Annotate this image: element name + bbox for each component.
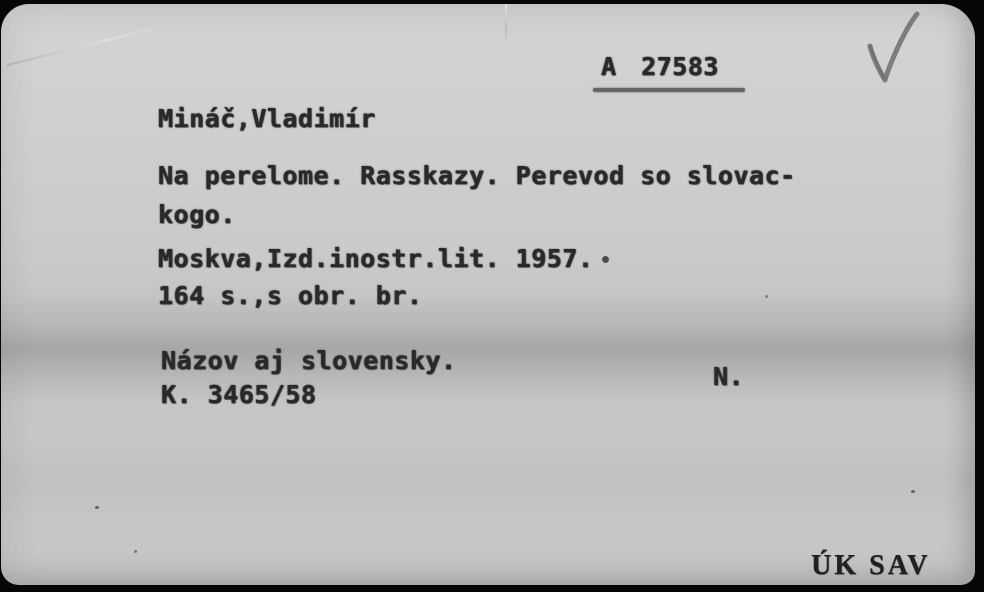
call-number: A 27583 (601, 53, 719, 81)
ink-speck (95, 506, 99, 509)
scan-fold-shadow-lower (1, 434, 975, 524)
catalog-card: A 27583 Mináč,Vladimír Na perelome. Rass… (1, 4, 975, 585)
author-line: Mináč,Vladimír (158, 105, 376, 133)
ink-speck (602, 256, 609, 263)
collation-line: 164 s.,s obr. br. (158, 282, 422, 310)
title-line-2: kogo. (158, 201, 236, 229)
accession-number: K. 3465/58 (161, 381, 317, 409)
copy-mark: N. (713, 363, 744, 391)
ink-speck (134, 550, 137, 553)
pencil-check-icon (853, 10, 945, 92)
library-stamp: ÚK SAV (811, 550, 930, 582)
language-note: Názov aj slovensky. (161, 347, 456, 375)
imprint-line: Moskva,Izd.inostr.lit. 1957. (158, 245, 593, 273)
ink-speck (911, 490, 915, 493)
ink-speck (765, 295, 768, 298)
paper-crease-top (505, 4, 507, 44)
paper-crease-corner (7, 23, 172, 66)
scan-fold-shadow (1, 292, 975, 402)
title-line-1: Na perelome. Rasskazy. Perevod so slovac… (158, 162, 796, 190)
call-number-underline (593, 88, 745, 92)
